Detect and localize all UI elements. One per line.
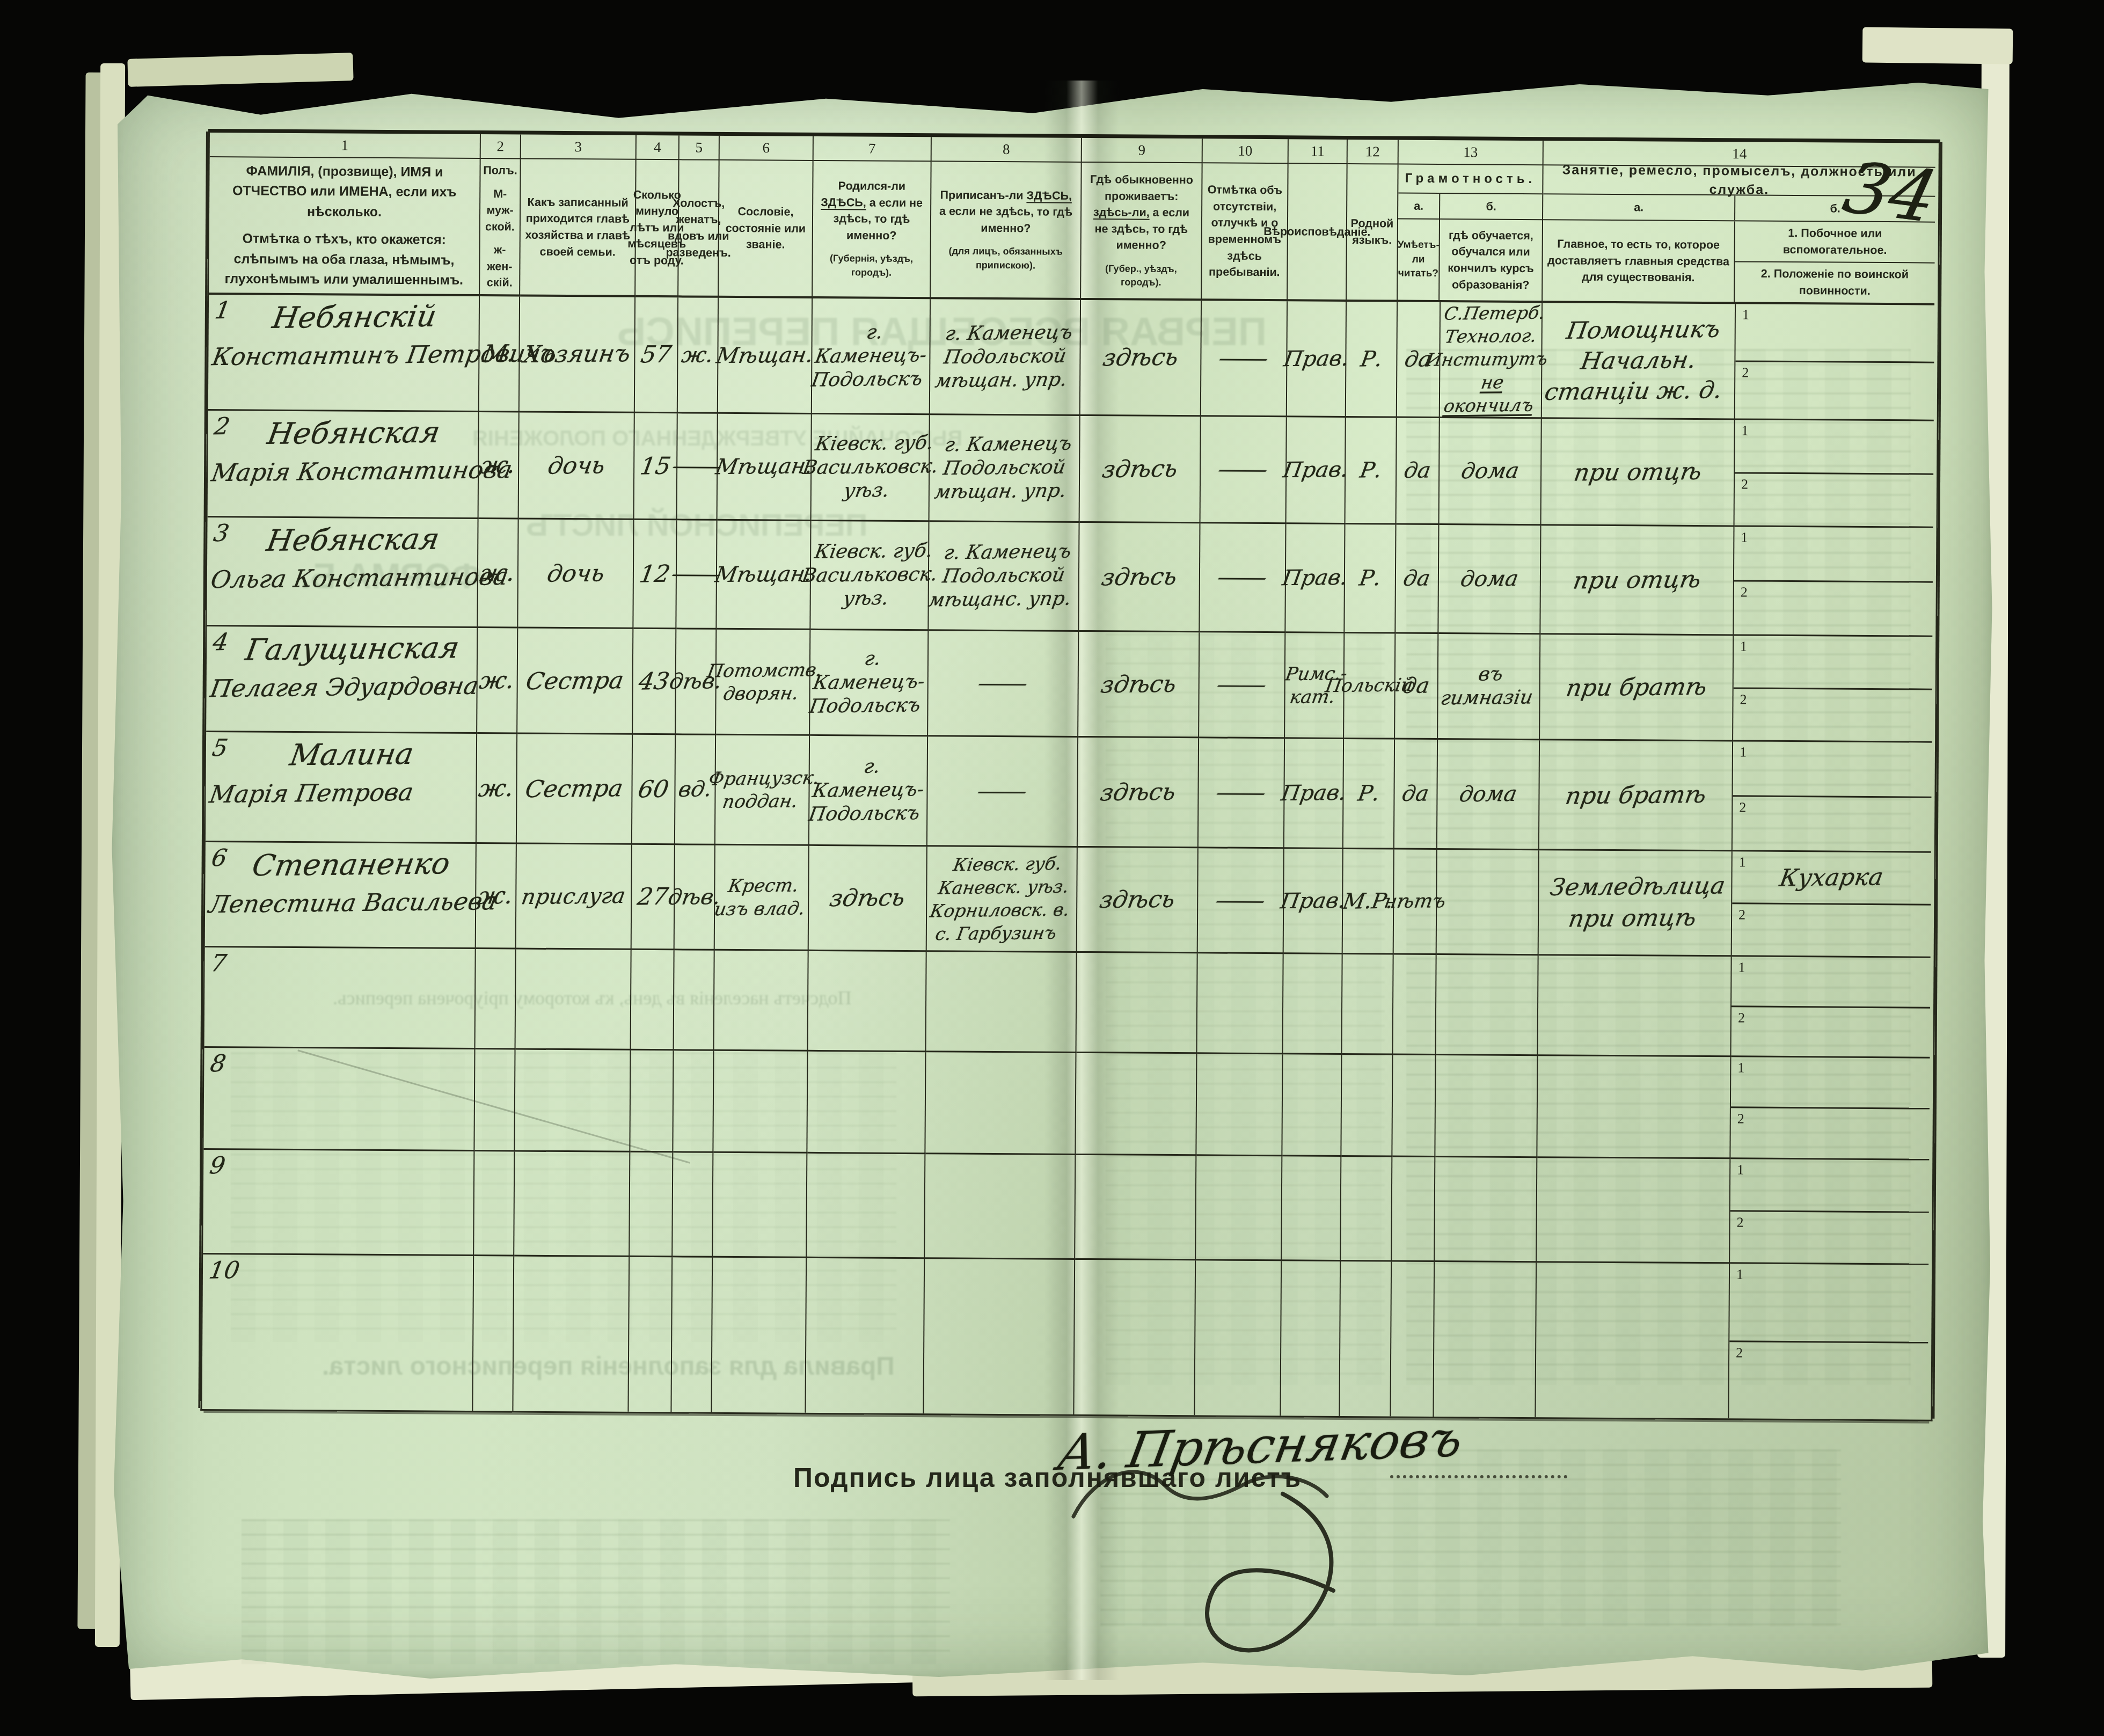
cell-lives: здѣсь (1077, 848, 1199, 953)
cell-absence: — (1201, 301, 1288, 417)
colnum-12: 12 (1348, 140, 1399, 165)
person-row-8-empty: 8 1 2 (203, 1048, 1933, 1161)
header-lives-here: здѣсь-ли, (1093, 206, 1150, 219)
cell-marital: — (677, 413, 718, 520)
header-born-hint: (Губернія, уѣздъ, городъ). (817, 252, 925, 280)
cell-born: г. Каменецъ-Подольскъ (812, 298, 931, 415)
header-col-registered: Приписанъ-ли ЗДѢСЬ, а если не здѣсь, то … (931, 162, 1082, 300)
surname: Степаненко (202, 847, 478, 882)
cell-sex: ж. (477, 628, 518, 734)
header-name-line1: ФАМИЛІЯ, (прозвище), ИМЯ и ОТЧЕСТВО или … (214, 161, 476, 223)
cell-religion: Прав. (1287, 417, 1346, 524)
cell-sex: ж. (479, 412, 520, 519)
cell-relation: дочь (519, 413, 635, 520)
header-literacy-a-label: Умѣетъ-ли читать? (1398, 220, 1440, 300)
page-stack-edge-topright (1862, 27, 2013, 64)
cell-occupation: при отцѣ (1540, 526, 1734, 636)
header-col-lives: Гдѣ обыкновенно проживаетъ: здѣсь-ли, а … (1081, 163, 1203, 301)
row-number: 10 (207, 1257, 242, 1285)
person-row-3: 3 Небянская Ольга Константинова ж. дочь … (207, 517, 1936, 637)
row-number: 9 (208, 1152, 227, 1179)
surname: Небянская (204, 522, 480, 558)
cell-education: дома (1437, 740, 1540, 850)
row-number: 7 (209, 950, 228, 977)
cell-name: 6 Степаненко Лепестина Васильева (205, 842, 477, 949)
colnum-3: 3 (521, 135, 637, 160)
cell-side-occupation: 1 2 (1731, 957, 1930, 1058)
cell-reads: нѣтъ (1394, 850, 1437, 955)
header-col-marital: Холостъ, женатъ, вдовъ или разведенъ. (678, 160, 720, 297)
header-literacy-b-label: гдѣ обучается, обучался или кончилъ курс… (1440, 220, 1542, 301)
cell-sex: ж. (476, 844, 517, 949)
cell-absence: — (1200, 523, 1286, 633)
cell-lives: здѣсь (1078, 738, 1199, 848)
header-born-pre: Родился-ли (838, 180, 906, 193)
cell-reads: да (1394, 740, 1438, 850)
colnum-7: 7 (814, 136, 932, 162)
cell-name: 10 (202, 1254, 474, 1411)
cell-sex: М. (479, 296, 520, 412)
cell-lives: здѣсь (1080, 300, 1202, 417)
cell-relation: Сестра (517, 734, 633, 845)
header-lives-pre: Гдѣ обыкновенно проживаетъ: (1090, 173, 1193, 203)
header-reg-post: а если не здѣсь, то гдѣ именно? (939, 205, 1072, 235)
cell-side-occupation: 1Кухарка 2 (1732, 851, 1931, 958)
cell-name: 8 (203, 1048, 475, 1151)
cell-reads: да (1397, 418, 1440, 525)
given-name: Марія Константинова (205, 455, 480, 487)
cell-estate: Крест. изъ влад. (715, 845, 809, 951)
cell-born: г. Каменецъ-Подольскъ (810, 630, 929, 736)
cell-age: 57 (635, 297, 678, 413)
cell-age: 60 (632, 735, 676, 845)
cell-side-occupation: 1 2 (1735, 304, 1934, 421)
cell-lives: здѣсь (1080, 416, 1201, 523)
cell-occupation: при братѣ (1539, 740, 1733, 851)
colnum-11: 11 (1289, 139, 1348, 164)
person-row-4: 4 Галущинская Пелагея Эдуардовна ж. Сест… (206, 626, 1935, 743)
cell-language: Польскій (1344, 633, 1396, 740)
header-born-here: ЗДѢСЬ, (821, 196, 866, 209)
cell-relation: дочь (518, 520, 634, 629)
cell-relation: Сестра (517, 629, 633, 735)
cell-side-occupation: 1 2 (1733, 741, 1932, 852)
cell-occupation: при отцѣ (1542, 419, 1735, 527)
cell-registered: — (928, 631, 1079, 738)
header-occupation-a: а. (1543, 194, 1735, 220)
colnum-8: 8 (932, 137, 1082, 163)
cell-occupation: при братѣ (1540, 634, 1734, 741)
header-literacy-title: Грамотность. (1398, 165, 1542, 195)
header-col-name: ФАМИЛІЯ, (прозвище), ИМЯ и ОТЧЕСТВО или … (209, 157, 481, 296)
header-sex-female: ж-жен-скій. (484, 242, 515, 291)
cell-absence: — (1199, 738, 1285, 849)
page-number: 34 (1836, 147, 1945, 238)
cell-marital: ж. (678, 297, 719, 413)
header-lives-hint: (Губер., уѣздъ, городъ). (1085, 262, 1196, 290)
cell-occupation: Помощникъ Начальн. станціи ж. д. (1542, 303, 1736, 420)
cell-name: 7 (204, 947, 476, 1049)
colnum-1: 1 (210, 133, 481, 159)
person-row-1: 1 Небянскій Константинъ Петровичъ М. Хоз… (208, 295, 1938, 421)
person-row-2: 2 Небянская Марія Константинова ж. дочь … (208, 411, 1937, 528)
header-col-literacy-group: Грамотность. а. б. Умѣетъ-ли читать? гдѣ… (1398, 165, 1544, 303)
header-name-line2: Отмѣтка о тѣхъ, кто окажется: слѣпымъ на… (213, 229, 475, 290)
cell-estate: Мѣщан. (717, 521, 811, 630)
header-reg-here: ЗДѢСЬ, (1026, 189, 1072, 202)
header-reg-pre: Приписанъ-ли (940, 188, 1024, 202)
cell-registered: Кіевск. губ. Каневск. уѣз. Корниловск. в… (927, 847, 1078, 953)
colnum-2: 2 (481, 134, 521, 159)
cell-reads: да (1395, 634, 1438, 740)
cell-name: 1 Небянскій Константинъ Петровичъ (208, 295, 480, 412)
cell-absence: — (1201, 417, 1287, 524)
cell-side-occupation: 1 2 (1734, 527, 1933, 637)
cell-side-occupation: 1 2 (1735, 420, 1934, 528)
colnum-4: 4 (637, 135, 680, 160)
cell-registered: г. Каменецъ Подольской мѣщан. упр. (930, 299, 1081, 416)
colnum-5: 5 (680, 135, 720, 160)
cell-side-occupation: 1 2 (1730, 1057, 1930, 1160)
cell-side-occupation: 1 2 (1730, 1159, 1929, 1265)
cell-estate: Мѣщан. (718, 414, 812, 521)
person-row-10-empty: 10 1 2 (202, 1254, 1932, 1420)
cell-estate: Мѣщан. (718, 298, 813, 414)
colnum-13: 13 (1399, 140, 1544, 166)
cell-side-occupation: 1 2 (1733, 636, 1932, 742)
person-row-5: 5 Малина Марія Петрова ж. Сестра 60 вд. … (206, 732, 1935, 853)
cell-education: С.Петерб. Технолог. Институтъне окончилъ (1440, 302, 1543, 419)
cell-estate: Потомств. дворян. (716, 630, 810, 736)
cell-education: дома (1438, 525, 1541, 634)
header-literacy-a: а. (1398, 194, 1440, 218)
cell-born: г. Каменецъ-Подольскъ (809, 736, 928, 847)
cell-absence: — (1198, 848, 1284, 954)
person-row-7-empty: 7 1 2 (204, 947, 1934, 1059)
cell-relation: Хозяинъ (520, 297, 635, 413)
colnum-6: 6 (720, 136, 814, 161)
cell-religion: Прав. (1284, 849, 1343, 954)
surname: Небянская (205, 415, 481, 451)
header-col-sex: Полъ. М-муж-ской. ж-жен-скій. (480, 159, 521, 296)
cell-absence: — (1199, 632, 1285, 739)
signature-dots (1390, 1475, 1567, 1478)
header-occupation-a-label: Главное, то есть то, которое доставляетъ… (1543, 220, 1735, 302)
cell-sex: ж. (478, 519, 518, 628)
cell-name: 3 Небянская Ольга Константинова (207, 517, 478, 628)
cell-education (1437, 850, 1539, 955)
cell-occupation: Земледѣлица при отцѣ (1539, 850, 1733, 957)
cell-born: здѣсь (809, 846, 927, 952)
given-name: Лепестина Васильева (202, 887, 478, 919)
cell-reads: да (1396, 525, 1439, 634)
cell-registered: г. Каменецъ Подольской мѣщан. упр. (930, 415, 1080, 523)
cell-language: Р. (1345, 524, 1396, 634)
colnum-10: 10 (1203, 138, 1289, 164)
row-number: 8 (208, 1050, 228, 1077)
cell-born: Кіевск. губ. Васильковск. уѣз. (810, 521, 929, 631)
page-stack-edge-topleft (127, 53, 353, 87)
cell-religion: Прав. (1284, 739, 1344, 849)
header-col-born: Родился-ли ЗДѢСЬ, а если не здѣсь, то гд… (813, 161, 932, 299)
surname: Малина (203, 737, 479, 772)
colnum-9: 9 (1082, 138, 1203, 163)
header-col-religion: Вѣроисповѣданіе. (1288, 164, 1348, 302)
cell-language: Р. (1343, 739, 1395, 850)
cell-registered: — (927, 736, 1078, 848)
cell-marital: — (676, 520, 717, 629)
cell-sex: ж. (477, 734, 517, 844)
given-name: Пелагея Эдуардовна (203, 671, 479, 703)
given-name: Марія Петрова (203, 777, 478, 809)
cell-estate: Французск. поддан. (715, 735, 810, 846)
cell-religion: Прав. (1287, 301, 1347, 418)
header-sex-label: Полъ. (483, 162, 517, 179)
cell-side-occupation: 1 2 (1729, 1264, 1928, 1419)
surname: Галущинская (203, 631, 479, 667)
person-row-6: 6 Степаненко Лепестина Васильева ж. прис… (205, 842, 1934, 958)
surname: Небянскій (206, 300, 481, 335)
given-name: Ольга Константинова (204, 562, 480, 594)
header-col-relation: Какъ записанный приходится главѣ хозяйст… (520, 159, 637, 297)
header-col-language: Родной языкъ. (1347, 164, 1399, 302)
cell-name: 9 (203, 1150, 474, 1256)
header-literacy-b: б. (1440, 194, 1542, 219)
person-row-9-empty: 9 1 2 (203, 1150, 1932, 1265)
cell-name: 5 Малина Марія Петрова (206, 732, 477, 844)
census-table: 1 2 3 4 5 6 7 8 9 10 11 12 13 14 ФАМИЛІЯ… (200, 129, 1940, 1421)
cell-name: 4 Галущинская Пелагея Эдуардовна (206, 626, 478, 734)
cell-education: въ гимназіи (1438, 634, 1540, 740)
cell-marital: дѣв. (675, 845, 715, 950)
cell-born: Кіевск. губ. Васильковск. уѣз. (812, 414, 930, 522)
header-label-row: ФАМИЛІЯ, (прозвище), ИМЯ и ОТЧЕСТВО или … (209, 157, 1939, 305)
cell-religion: Прав. (1285, 524, 1345, 633)
cell-education: дома (1440, 418, 1542, 526)
cell-lives: здѣсь (1079, 523, 1200, 632)
given-name: Константинъ Петровичъ (206, 339, 481, 371)
cell-registered: г. Каменецъ Подольской мѣщанс. упр. (929, 522, 1079, 632)
cell-lives: здѣсь (1078, 632, 1200, 738)
header-sex-male: М-муж-ской. (485, 186, 516, 235)
header-col-estate: Сословіе, состояніе или званіе. (719, 161, 814, 298)
cell-language: Р. (1346, 302, 1398, 418)
header-reg-hint: (для лицъ, обязанныхъ припискою). (935, 244, 1076, 273)
cell-name: 2 Небянская Марія Константинова (208, 411, 479, 519)
cell-relation: прислуга (516, 844, 632, 950)
header-occupation-b-item2: 2. Положеніе по воинской повинности. (1735, 262, 1934, 303)
cell-language: Р. (1346, 418, 1397, 525)
